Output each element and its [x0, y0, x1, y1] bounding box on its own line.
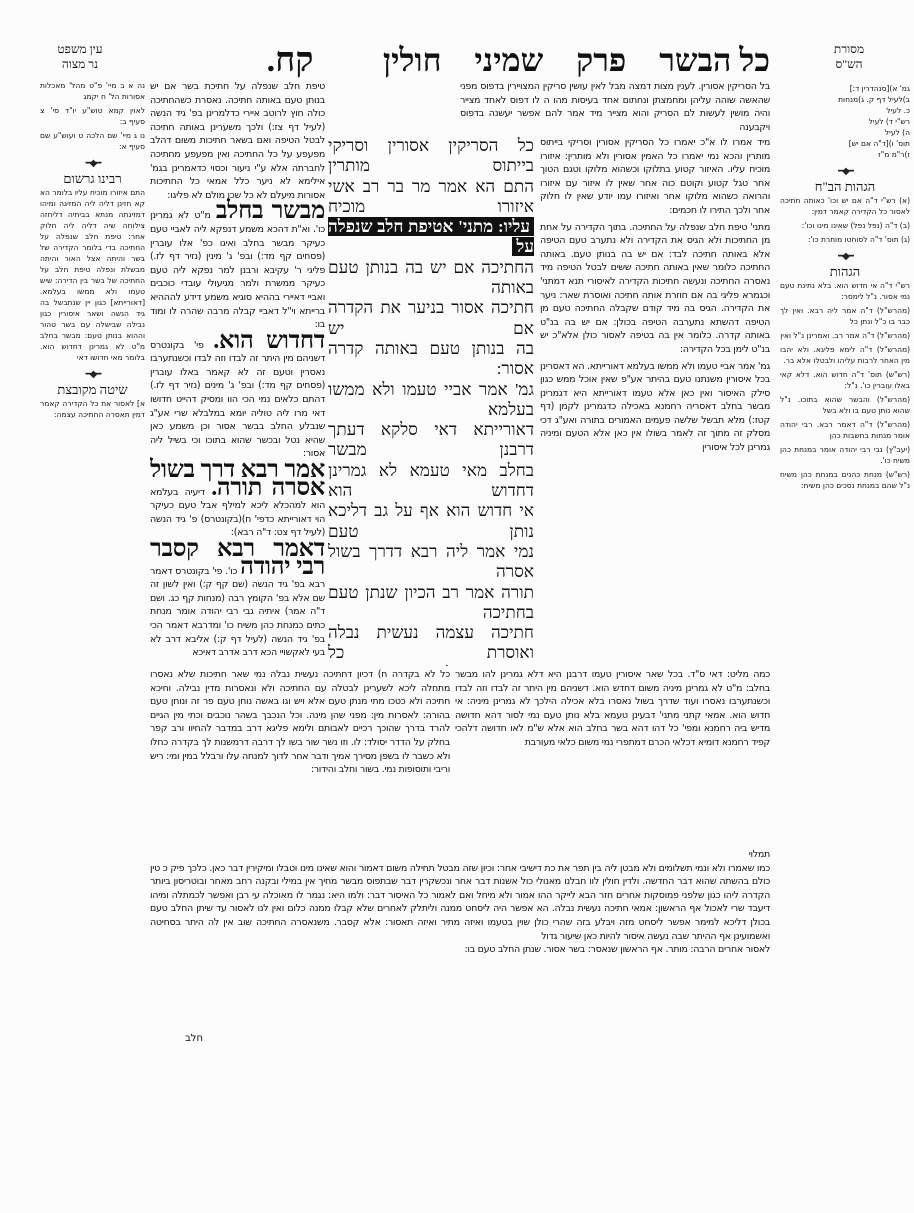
hagahot-entry: (יעב"ץ) נבי רבי יהודה אומר במנחת כהן משי… — [780, 444, 910, 466]
rashi-continuation: כמה מליט: דאי ס"ד. בכל שאר איסורין טעמו … — [455, 668, 770, 843]
tosafot-dibur-hamatchil: מבשר בחלב — [216, 198, 325, 224]
gemara-line: החתיכה אם יש בה בנותן טעם באותה — [328, 258, 534, 299]
header-chapter-number: שמיני — [474, 42, 543, 78]
bottom-commentary: תמלוי כמו שאמרו ולא ונמי תשלומים ולא מבט… — [150, 848, 770, 1028]
ein-mishpat-heading: עין משפט נר מצוה — [40, 42, 120, 72]
shita-mekubetzet-title: שיטה מקובצת — [40, 384, 145, 395]
gemara-line: נמי אמר ליה רבא דדרך בשול אסרה — [328, 542, 534, 583]
bottom-line: אחרים חזר הבא לייקר ההו אמור ולא מיחל וא… — [208, 890, 641, 901]
ein-mishpat-entry: לאוין קמא טוש"ע יו"ד סי' צ סעיף ב: — [40, 105, 145, 127]
hagahot-entry: (מהרש"ל) ד"ה אמר ליה רבא. ואין לך כבר בו… — [780, 305, 910, 327]
ein-mishpat-entry: נה א ב מיי' פ"ט מהל' מאכלות אסורות הל' ח… — [40, 80, 145, 102]
tosafot-text: פי' בקונטרס דשניהם מין היתר זה לבדו וזה … — [150, 340, 325, 460]
bottom-line: כמו שאמרו ולא ונמי תשלומים ולא מבטן ליה … — [300, 863, 770, 874]
gemara-line: חתיכה עצמה נעשית נבלה ואוסרת כל — [328, 623, 534, 664]
gemara-line: כל הסריקין אסורין וסריקי בייתוס מותרין — [328, 136, 534, 177]
tosafot-column: טיפת חלב שנפלה על חתיכת בשר אם יש בנותן … — [150, 80, 325, 670]
header-chapter-label: פרק — [576, 42, 626, 78]
gemara-line: דאורייתא דאי סלקא דעתך דרבנן מבשר — [328, 420, 534, 461]
mesoret-title-line1: מסורת — [804, 42, 894, 57]
rabbenu-gershom-text: התם איזורו מוכיח עליו בלומר הא קא חזינן … — [40, 187, 145, 363]
tosafot-continuation: כל לא בקדרה ח) דכיון דחתיכה נעשית נבלה נ… — [150, 668, 450, 843]
tosafot-opening: טיפת חלב שנפלה על חתיכת בשר אם יש בנותן … — [150, 80, 325, 202]
rashi-top-block: בל הסריקין אסורין. לענין מצות דמצה מבל ל… — [460, 80, 770, 135]
rashi-paragraph: מיד אמרו לו א"כ יאמרו כל הסריקין אסורין … — [540, 136, 770, 218]
daf-number: קח. — [255, 42, 325, 80]
talmud-page: מסורת הש"ס כל הבשר פרק שמיני חולין קח. ע… — [0, 0, 914, 1213]
mesoret-entry: כ. לעיל — [780, 105, 910, 116]
gemara-line: התם הא אמר מר בר רב אשי איזורו מוכיח — [328, 177, 534, 218]
catchword: חלב — [185, 1033, 203, 1044]
ornament-divider: ━◆━ — [40, 158, 145, 169]
gemara-line: בחלב מאי טעמא לא גמרינן דחדוש הוא — [328, 461, 534, 502]
mesoret-title-line2: הש"ס — [804, 57, 894, 72]
header-tractate: חולין — [383, 42, 442, 78]
rashi-paragraph: גמ' אמר אביי טעמו ולא ממשו בעלמא דאוריית… — [540, 360, 770, 455]
ein-mishpat-title-line1: עין משפט — [40, 42, 120, 57]
ornament-divider: ━◆━ — [780, 251, 910, 262]
right-margin-column: גמ' א)[סנהדרין ד:] ב)לעיל דף ק. ג)מנחות … — [780, 83, 910, 683]
tosafot-dibur-hamatchil: דחדוש הוא. — [213, 328, 325, 354]
mishna-marker: עליו: מתני' אטיפת חלב שנפלה על — [328, 217, 534, 256]
tosafot-text: כו'. פי' בקונטרס דאמר רבא בפ' גיד הנשה (… — [150, 566, 325, 659]
ornament-divider: ━◆━ — [780, 166, 910, 177]
rashi-paragraph: מתני' טיפת חלב שנפלה על החתיכה. בתוך הקד… — [540, 221, 770, 357]
hagahot-entry: (רש"ש) תוס' ד"ה חדוש הוא. דלא קאי באלו ע… — [780, 369, 910, 391]
hagahot-entry: (מהרש"ל) והבשר שהוא בתוכו. נ"ל שהוא נותן… — [780, 394, 910, 416]
hagahot-habach-title: הגהות הב"ח — [780, 181, 910, 192]
hagahot-entry: (א) רש"י ד"ה אם יש וכו' כאותה חתיכה לאסו… — [780, 195, 910, 217]
gemara-line: גמ' אמר אביי טעמו ולא ממשו בעלמא — [328, 380, 534, 421]
hagahot-entry: (ב) ד"ה (נפל נפל) שאינו מינו וכו': — [780, 220, 910, 231]
hagahot-entry: (מהרש"ל) ד"ה אמר רב. ואמרינן נ"ל ואין — [780, 330, 910, 341]
tosafot-section: אמר רבא דרך בשול אסרה תורה. דיעיה בעלמא … — [150, 464, 325, 540]
mesoret-entry: גמ' א)[סנהדרין ד:] — [780, 83, 910, 94]
mesoret-entry: רש"י ד) לעיל — [780, 116, 910, 127]
shita-mekubetzet-text: א] לאסור את כל הקדירה קאמר דמין תאסרה הח… — [40, 398, 145, 420]
gemara-line: בה בנותן טעם באותה קדרה אסור: — [328, 339, 534, 380]
gemara-line: תורה אמר רב הכיון שנתן טעם בחתיכה — [328, 583, 534, 624]
ein-mishpat-entry: נו ג מיי' שם הלכה ט ועוש"ע שם סעיף א: — [40, 130, 145, 152]
mesoret-entry: ז)ר"מ מ"ז — [780, 149, 910, 160]
tosafot-cont-line: כשבר לו בשפן מסירך אמיך ודבר אחר לדוך למ… — [150, 751, 450, 776]
hagahot-entry: (מהרש"ל) ד"ה דאמר רבא. רבי יהודה אומר מנ… — [780, 419, 910, 441]
gemara-spacer — [328, 664, 534, 665]
tosafot-opening-text: טיפת חלב שנפלה על חתיכת בשר אם יש בנותן … — [150, 81, 325, 201]
gemara-line: חתיכה אסור בניער את הקדרה אם יש — [328, 298, 534, 339]
hagahot-title: הגהות — [780, 266, 910, 277]
tosafot-section: דאמר רבא קסבר רבי יהודה כו'. פי' בקונטרס… — [150, 543, 325, 660]
hagahot-entry: (ג) תוס' ד"ה לסוחטו מותרת כו': — [780, 234, 910, 245]
mesoret-hashas-heading: מסורת הש"ס — [804, 42, 894, 72]
gemara-text: כל הסריקין אסורין וסריקי בייתוס מותרין ה… — [328, 136, 534, 666]
tosafot-section: דחדוש הוא. פי' בקונטרס דשניהם מין היתר ז… — [150, 335, 325, 461]
rabbenu-gershom-title: רבינו גרשום — [40, 173, 145, 184]
tosafot-text: מ"ט לא גמרינן כו'. וא"ת דהכא משמע דנפקא … — [150, 210, 325, 330]
hagahot-entry: (רש"ש) מנחת כהנים במנחת כהן משיח נ"ל שהם… — [780, 469, 910, 491]
ein-mishpat-title-line2: נר מצוה — [40, 57, 120, 72]
hagahot-entry: (מהרש"ל) ד"ה לימא פליגא. ולא יהבו מין הא… — [780, 344, 910, 366]
mesoret-list: גמ' א)[סנהדרין ד:] ב)לעיל דף ק. ג)מנחות … — [780, 83, 910, 160]
header-chapter-name: כל הבשר — [659, 42, 770, 78]
hagahot-entry: רש"י ד"ה אי חדוש הוא. בלא נתינת טעם נמי … — [780, 280, 910, 302]
mesoret-entry: תוס' ו)[ד"ה אם יש] — [780, 138, 910, 149]
mesoret-entry: ב)לעיל דף ק. ג)מנחות — [780, 94, 910, 105]
tosafot-section: מבשר בחלב מ"ט לא גמרינן כו'. וא"ת דהכא מ… — [150, 205, 325, 331]
running-header: כל הבשר פרק שמיני חולין — [300, 42, 770, 78]
mesoret-entry: ה) לעיל — [780, 127, 910, 138]
left-margin-column: נה א ב מיי' פ"ט מהל' מאכלות אסורות הל' ח… — [40, 80, 145, 720]
rashi-column: מיד אמרו לו א"כ יאמרו כל הסריקין אסורין … — [540, 136, 770, 666]
gemara-line-mishna-start: עליו: מתני' אטיפת חלב שנפלה על — [328, 217, 534, 258]
ornament-divider: ━◆━ — [40, 369, 145, 380]
gemara-line: אי חדוש הוא אף על גב דליכא נותן טעם — [328, 501, 534, 542]
bottom-last-line: לאסור אחרים הרבה: מותר. אף הראשון שנאסר:… — [150, 943, 770, 957]
bottom-catch-line: תמלוי — [150, 848, 770, 862]
